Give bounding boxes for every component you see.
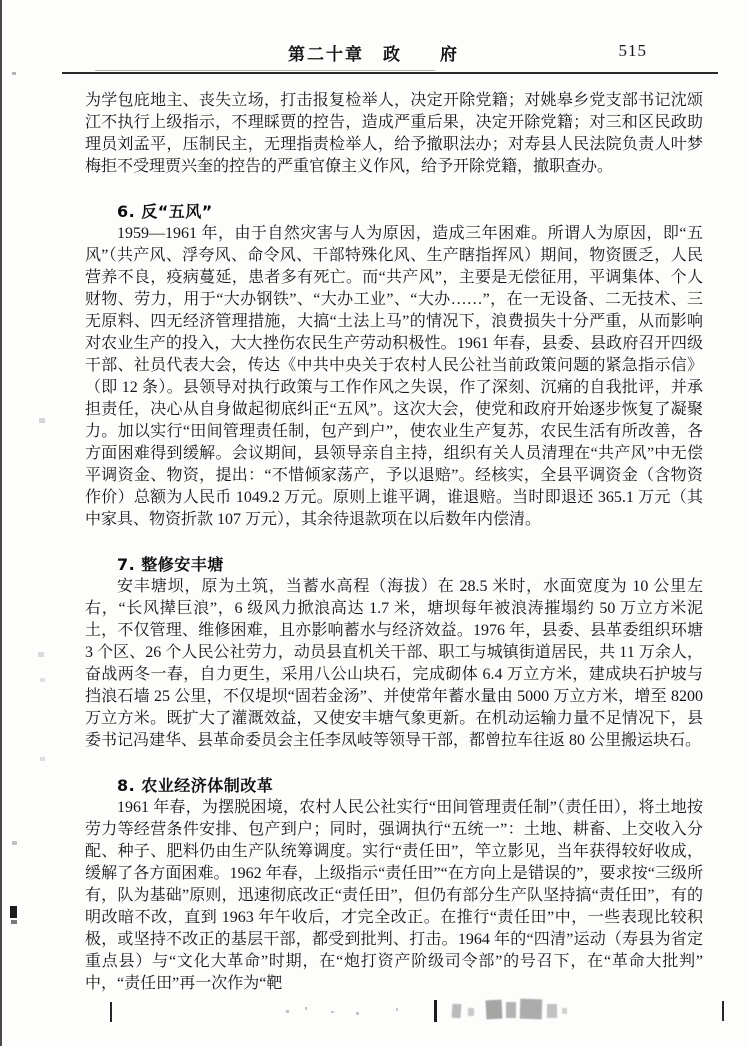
scan-noise: [722, 1001, 724, 1021]
book-page: 第二十章 政 府 515 为学包庇地主、丧失立场，打击报复检举人，决定开除党籍；…: [0, 0, 747, 1046]
scan-edge-line: [0, 0, 2, 1046]
scan-noise: [40, 678, 45, 682]
body-paragraph: 1961 年春，为摆脱困境，农村人民公社实行“田间管理责任制”（责任田），将土地…: [85, 797, 703, 995]
page-header: 第二十章 政 府 515: [0, 40, 747, 66]
page-body: 为学包庇地主、丧失立场，打击报复检举人，决定开除党籍；对姚皋乡党支部书记沈颂江不…: [85, 90, 703, 1020]
scan-noise: [331, 1011, 334, 1013]
scan-noise: [12, 72, 16, 75]
scan-noise: [10, 906, 17, 918]
header-rule-fringe: [95, 70, 435, 71]
scan-noise: [547, 1004, 557, 1018]
scan-noise: [520, 999, 543, 1020]
section-heading: 6. 反“五风”: [85, 201, 703, 223]
scan-noise: [452, 1004, 462, 1019]
body-paragraph: 1959—1961 年，由于自然灾害与人为原因，造成三年困难。所谓人为原因，即“…: [85, 223, 703, 531]
body-paragraph: 为学包庇地主、丧失立场，打击报复检举人，决定开除党籍；对姚皋乡党支部书记沈颂江不…: [85, 90, 703, 178]
page-number: 515: [619, 41, 648, 61]
scan-noise: [486, 1000, 503, 1020]
scan-noise: [38, 652, 44, 657]
scan-noise: [39, 418, 45, 423]
scan-noise: [356, 1012, 359, 1015]
scan-noise: [110, 1002, 112, 1022]
scan-noise: [468, 1008, 474, 1016]
section-heading: 7. 整修安丰塘: [85, 554, 703, 576]
scan-noise: [11, 920, 17, 924]
scan-noise: [12, 841, 17, 845]
scan-noise: [562, 1008, 567, 1014]
scan-noise: [286, 1010, 289, 1013]
section-heading: 8. 农业经济体制改革: [85, 775, 703, 797]
scan-noise: [396, 1008, 398, 1011]
header-rule: [62, 72, 718, 74]
scan-noise: [506, 1002, 516, 1018]
body-paragraph: 安丰塘坝，原为土筑，当蓄水高程（海拔）在 28.5 米时，水面宽度为 10 公里…: [85, 576, 703, 752]
scan-noise: [40, 757, 45, 761]
scan-noise: [434, 1000, 437, 1022]
scan-noise: [305, 1007, 307, 1010]
